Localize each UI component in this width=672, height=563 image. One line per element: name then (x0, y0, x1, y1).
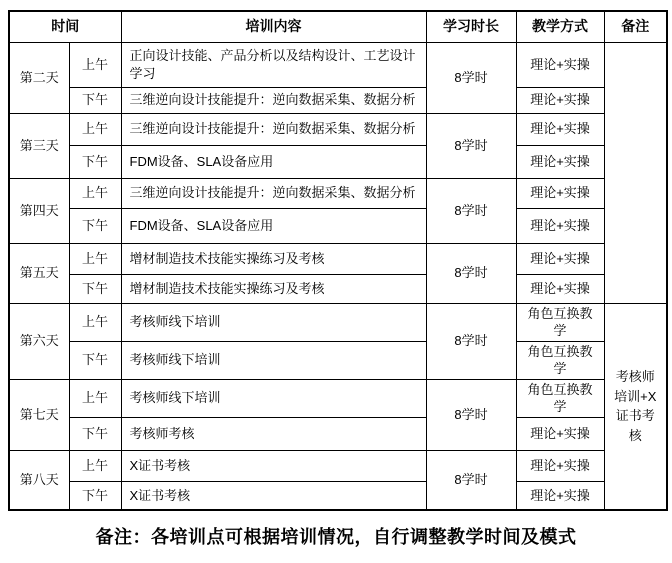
table-row: 第四天 上午 三维逆向设计技能提升：逆向数据采集、数据分析 8学时 理论+实操 (9, 178, 667, 208)
training-content: 三维逆向设计技能提升：逆向数据采集、数据分析 (121, 87, 426, 113)
day-label: 第四天 (9, 178, 69, 243)
training-content: 增材制造技术技能实操练习及考核 (121, 274, 426, 303)
table-row: 下午 FDM设备、SLA设备应用 理论+实操 (9, 145, 667, 178)
period-label: 上午 (69, 243, 121, 274)
period-label: 下午 (69, 481, 121, 510)
method-cell: 理论+实操 (516, 481, 604, 510)
table-row: 第三天 上午 三维逆向设计技能提升：逆向数据采集、数据分析 8学时 理论+实操 (9, 113, 667, 145)
table-row: 第二天 上午 正向设计技能、产品分析以及结构设计、工艺设计学习 8学时 理论+实… (9, 42, 667, 87)
training-content: FDM设备、SLA设备应用 (121, 208, 426, 243)
header-time: 时间 (9, 11, 121, 42)
period-label: 下午 (69, 274, 121, 303)
header-method: 教学方式 (516, 11, 604, 42)
training-content: 考核师线下培训 (121, 341, 426, 379)
duration-cell: 8学时 (426, 303, 516, 379)
period-label: 上午 (69, 379, 121, 417)
method-cell: 理论+实操 (516, 87, 604, 113)
header-duration: 学习时长 (426, 11, 516, 42)
method-cell: 理论+实操 (516, 243, 604, 274)
method-cell: 理论+实操 (516, 178, 604, 208)
method-cell: 理论+实操 (516, 208, 604, 243)
training-content: 考核师线下培训 (121, 303, 426, 341)
day-label: 第二天 (9, 42, 69, 113)
period-label: 下午 (69, 341, 121, 379)
day-label: 第五天 (9, 243, 69, 303)
day-label: 第六天 (9, 303, 69, 379)
training-content: 正向设计技能、产品分析以及结构设计、工艺设计学习 (121, 42, 426, 87)
day-label: 第七天 (9, 379, 69, 450)
method-cell: 角色互换教学 (516, 379, 604, 417)
training-content: X证书考核 (121, 450, 426, 481)
table-row: 第七天 上午 考核师线下培训 8学时 角色互换教学 (9, 379, 667, 417)
training-content: 增材制造技术技能实操练习及考核 (121, 243, 426, 274)
method-cell: 角色互换教学 (516, 303, 604, 341)
header-note: 备注 (604, 11, 667, 42)
method-cell: 理论+实操 (516, 274, 604, 303)
page: 时间 培训内容 学习时长 教学方式 备注 第二天 上午 正向设计技能、产品分析以… (0, 0, 672, 563)
duration-cell: 8学时 (426, 178, 516, 243)
training-content: FDM设备、SLA设备应用 (121, 145, 426, 178)
duration-cell: 8学时 (426, 42, 516, 113)
day-label: 第八天 (9, 450, 69, 510)
training-content: X证书考核 (121, 481, 426, 510)
schedule-table: 时间 培训内容 学习时长 教学方式 备注 第二天 上午 正向设计技能、产品分析以… (8, 10, 668, 511)
period-label: 上午 (69, 303, 121, 341)
method-cell: 理论+实操 (516, 145, 604, 178)
header-content: 培训内容 (121, 11, 426, 42)
note-cell-days-6-8: 考核师培训+X证书考核 (604, 303, 667, 510)
duration-cell: 8学时 (426, 379, 516, 450)
table-row: 第八天 上午 X证书考核 8学时 理论+实操 (9, 450, 667, 481)
note-cell-days-2-5 (604, 42, 667, 303)
method-cell: 理论+实操 (516, 42, 604, 87)
period-label: 下午 (69, 145, 121, 178)
table-row: 下午 考核师线下培训 角色互换教学 (9, 341, 667, 379)
training-content: 三维逆向设计技能提升：逆向数据采集、数据分析 (121, 178, 426, 208)
header-row: 时间 培训内容 学习时长 教学方式 备注 (9, 11, 667, 42)
table-row: 下午 增材制造技术技能实操练习及考核 理论+实操 (9, 274, 667, 303)
table-row: 第六天 上午 考核师线下培训 8学时 角色互换教学 考核师培训+X证书考核 (9, 303, 667, 341)
period-label: 下午 (69, 87, 121, 113)
method-cell: 理论+实操 (516, 113, 604, 145)
period-label: 上午 (69, 450, 121, 481)
day-label: 第三天 (9, 113, 69, 178)
method-cell: 理论+实操 (516, 417, 604, 450)
period-label: 上午 (69, 42, 121, 87)
training-content: 三维逆向设计技能提升：逆向数据采集、数据分析 (121, 113, 426, 145)
period-label: 上午 (69, 113, 121, 145)
duration-cell: 8学时 (426, 113, 516, 178)
table-row: 下午 X证书考核 理论+实操 (9, 481, 667, 510)
table-row: 下午 考核师考核 理论+实操 (9, 417, 667, 450)
period-label: 上午 (69, 178, 121, 208)
duration-cell: 8学时 (426, 450, 516, 510)
table-row: 下午 FDM设备、SLA设备应用 理论+实操 (9, 208, 667, 243)
method-cell: 理论+实操 (516, 450, 604, 481)
period-label: 下午 (69, 208, 121, 243)
period-label: 下午 (69, 417, 121, 450)
table-row: 第五天 上午 增材制造技术技能实操练习及考核 8学时 理论+实操 (9, 243, 667, 274)
footer-note: 备注：各培训点可根据培训情况，自行调整教学时间及模式 (0, 523, 672, 549)
training-content: 考核师线下培训 (121, 379, 426, 417)
training-content: 考核师考核 (121, 417, 426, 450)
duration-cell: 8学时 (426, 243, 516, 303)
method-cell: 角色互换教学 (516, 341, 604, 379)
table-row: 下午 三维逆向设计技能提升：逆向数据采集、数据分析 理论+实操 (9, 87, 667, 113)
